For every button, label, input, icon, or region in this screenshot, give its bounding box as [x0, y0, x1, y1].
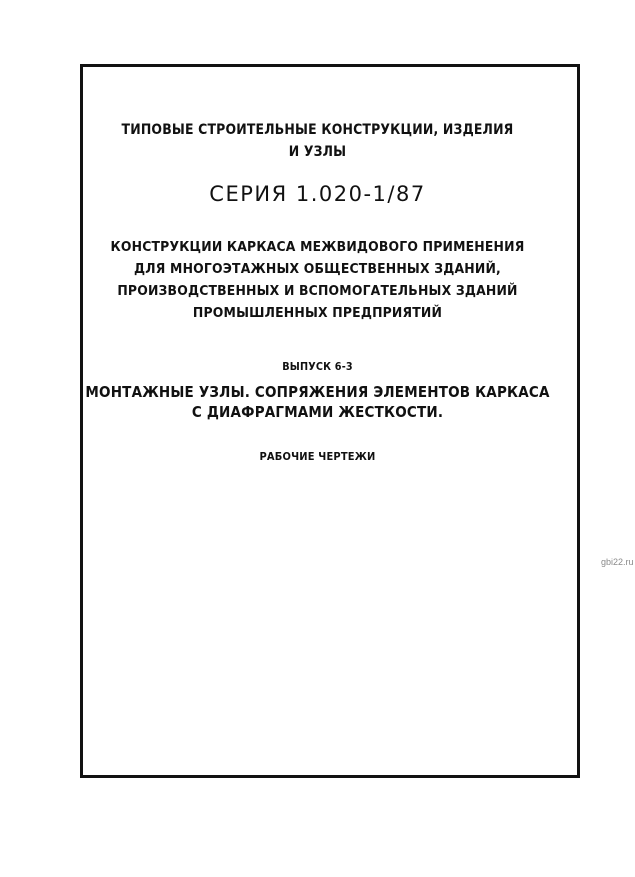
- description-line-4: ПРОМЫШЛЕННЫХ ПРЕДПРИЯТИЙ: [25, 305, 609, 321]
- description-line-3: ПРОИЗВОДСТВЕННЫХ И ВСПОМОГАТЕЛЬНЫХ ЗДАНИ…: [25, 283, 609, 299]
- working-drawings-label: РАБОЧИЕ ЧЕРТЕЖИ: [32, 450, 604, 463]
- subject-line-1: МОНТАЖНЫЕ УЗЛЫ. СОПРЯЖЕНИЯ ЭЛЕМЕНТОВ КАР…: [32, 383, 604, 401]
- watermark: gbi22.ru: [601, 557, 634, 567]
- description-line-2: ДЛЯ МНОГОЭТАЖНЫХ ОБЩЕСТВЕННЫХ ЗДАНИЙ,: [25, 261, 609, 277]
- series-title: СЕРИЯ 1.020-1/87: [0, 182, 635, 206]
- issue-number: ВЫПУСК 6-3: [38, 360, 597, 373]
- subject-line-2: С ДИАФРАГМАМИ ЖЕСТКОСТИ.: [32, 403, 604, 421]
- header-line-1: ТИПОВЫЕ СТРОИТЕЛЬНЫЕ КОНСТРУКЦИИ, ИЗДЕЛИ…: [44, 122, 590, 138]
- title-page-frame: [80, 64, 580, 778]
- description-line-1: КОНСТРУКЦИИ КАРКАСА МЕЖВИДОВОГО ПРИМЕНЕН…: [25, 239, 609, 255]
- header-line-2: И УЗЛЫ: [44, 144, 590, 160]
